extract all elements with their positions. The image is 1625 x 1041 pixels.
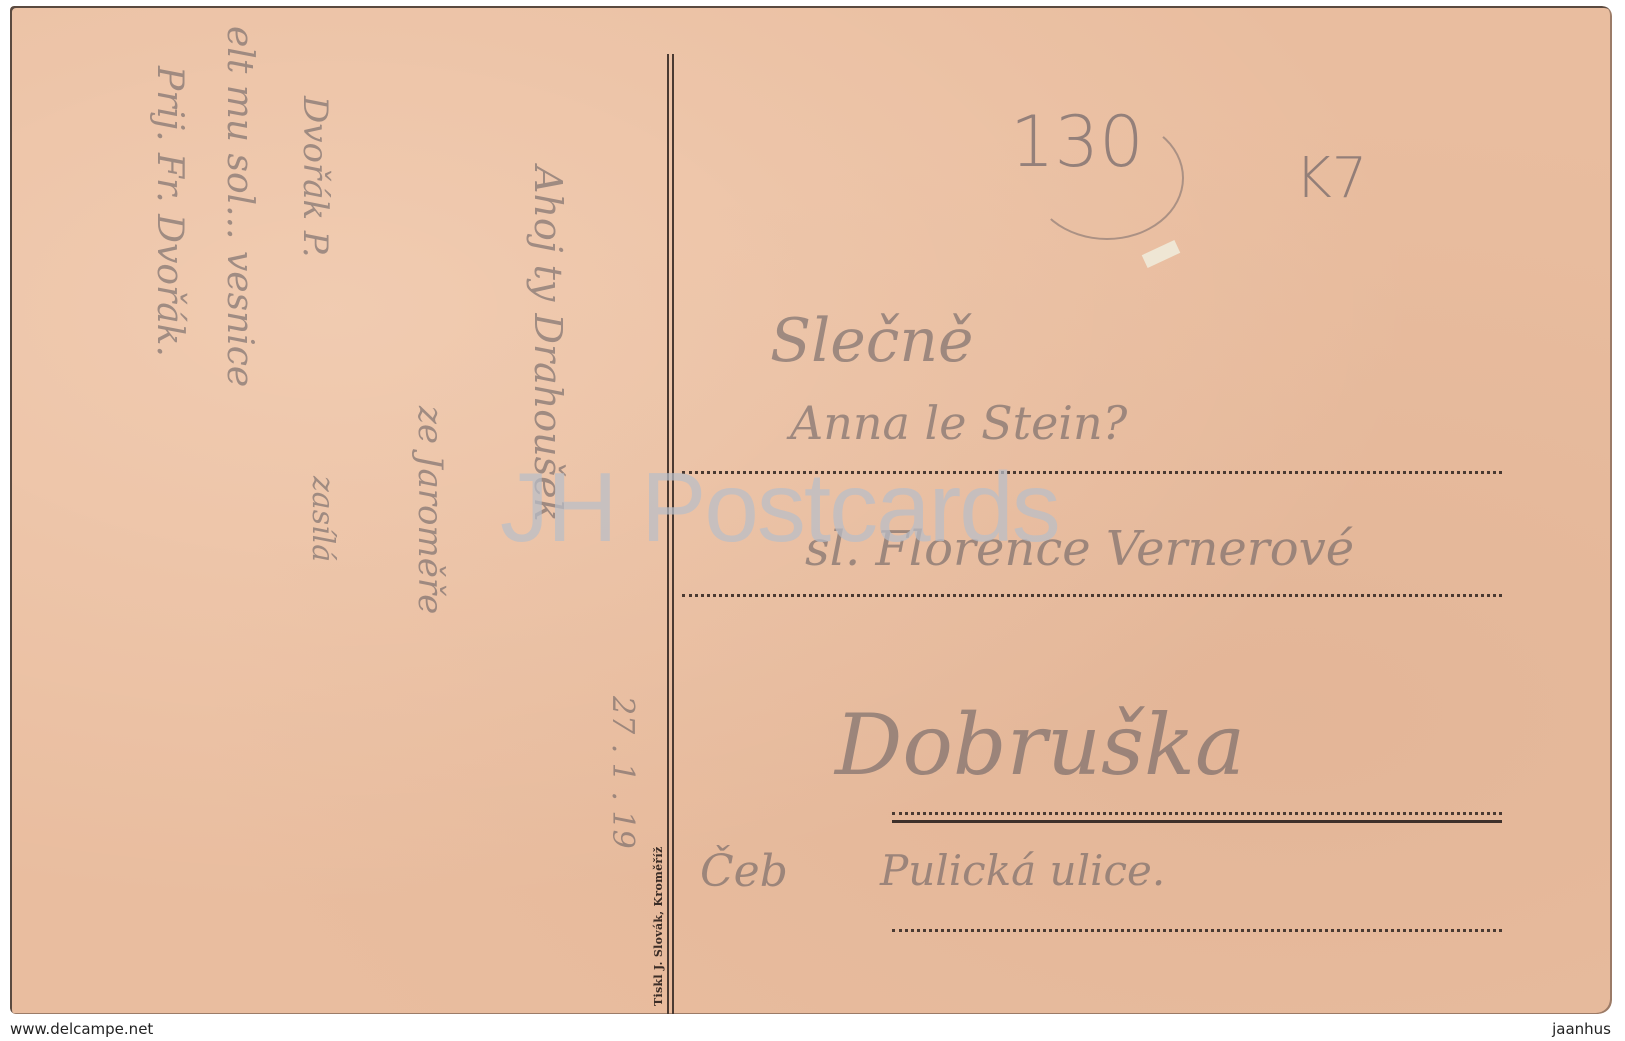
paper-scuff: [1142, 240, 1181, 268]
address-street: Pulická ulice.: [880, 846, 1165, 895]
address-line-3: [892, 812, 1502, 815]
footer-seller-name[interactable]: jaanhus: [1552, 1020, 1611, 1038]
message-line-4: zasílá: [305, 476, 340, 562]
pencil-loop: [1030, 116, 1184, 240]
message-line-6: ze Jaroměře: [410, 406, 450, 614]
watermark: JH Postcards: [500, 458, 1059, 556]
address-name-1: Anna le Stein?: [790, 396, 1127, 450]
printer-imprint: Tiskl J. Slovák, Kroměříž: [652, 846, 665, 1006]
address-line-2: [682, 594, 1502, 597]
address-line-4: [892, 929, 1502, 932]
address-underline: [892, 820, 1502, 823]
message-line-2: Prij. Fr. Dvořák.: [149, 66, 190, 357]
address-side-note: Čeb: [700, 846, 788, 897]
message-date: 27 . 1 . 19: [605, 696, 640, 849]
message-line-3: Dvořák P.: [295, 96, 335, 258]
footer-source-link[interactable]: www.delcampe.net: [10, 1020, 153, 1038]
address-town: Dobruška: [835, 696, 1245, 794]
pencil-code-note: K7: [1295, 146, 1367, 211]
message-line-1: elt mu sol... vesnice: [219, 26, 260, 387]
postcard-back: Tiskl J. Slovák, Kroměříž 130 K7 Slečně …: [10, 6, 1612, 1014]
address-salutation: Slečně: [770, 306, 974, 376]
